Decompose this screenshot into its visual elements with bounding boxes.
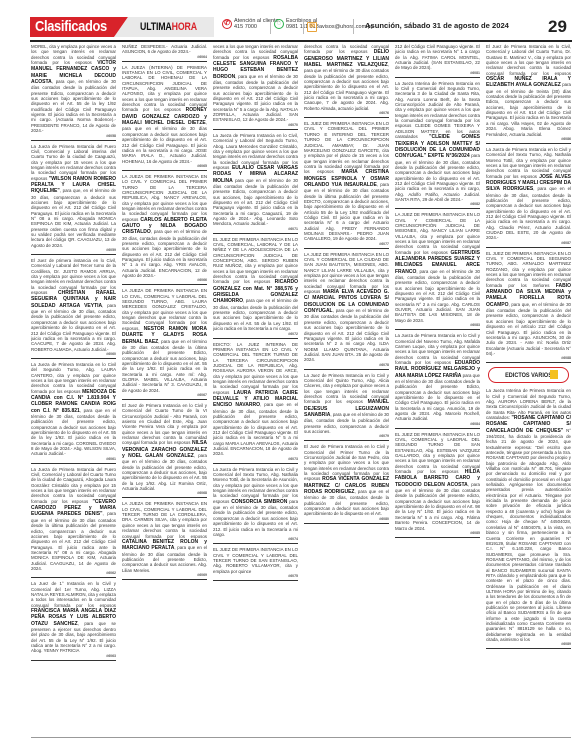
classified-ad: El Juez de Primera Instancia en lo Civil… [486, 44, 571, 144]
ad-text: , para que en el término de 30 días, con… [122, 453, 207, 491]
classified-ad: La Juez de Primera Instancia en lo Civil… [304, 373, 389, 442]
ad-reference-code: #6069 [122, 573, 207, 577]
ad-text: , para que, en el término de 30 días con… [486, 302, 571, 356]
section-marker-icon [550, 370, 558, 379]
ad-reference-code: #6075 [213, 574, 298, 578]
section-title: Clasificados [35, 17, 107, 37]
classified-ad: El Juez de Primera Instancia en lo Civil… [304, 444, 389, 523]
ad-text: LA JUEZA (INTERINA) DE PRIMERA INSTANCIA… [122, 65, 207, 113]
ad-text: EL JUEZ DE PRIMERA INSTANCIA EN LO CIVIL… [395, 432, 480, 474]
mail-icon: ✉ [307, 22, 317, 32]
classified-ad: derechos contra la sociedad conyugal for… [304, 44, 389, 118]
ad-reference-code: #6060 [31, 352, 116, 356]
classified-ad: EL JUEZ DE PRIMERA INSTANCIA EN LO CIVIL… [213, 237, 298, 339]
ad-text: La Jueza Interina de Primera Instancia e… [395, 81, 480, 139]
ad-text: LA JUEZA DE PRIMERA INSTANCIA EN LO CIVI… [122, 174, 207, 222]
ad-text: , para que en el término de 30 días cont… [304, 182, 389, 241]
classified-ad: EL JUEZ DE PRIMERA INSTANCIA EN LO CIVIL… [395, 432, 480, 538]
footer-rule [31, 737, 571, 738]
classified-ad: LA JUEZA DE PRIMERA INSTANCIA EN LO CIVI… [122, 288, 207, 400]
classified-ad: La Jueza de Primera Instancia en lo Civi… [31, 362, 116, 464]
ad-reference-code: #6071 [213, 227, 298, 231]
classified-ad: El Juez de primera instancia en lo Civil… [31, 258, 116, 359]
ad-reference-code: #6076 [304, 111, 389, 115]
ad-reference-code: #6065 [122, 164, 207, 168]
section-header-edictos-varios: EDICTOS VARIOS [488, 367, 569, 383]
classified-ad: La Jueza de Primera Instancia en lo Civi… [486, 147, 571, 248]
classified-ad: veces a los que tengan interés en reclam… [213, 44, 298, 130]
ad-reference-code: #6080 [304, 517, 389, 521]
classified-ad: MOREL, cita y emplaza por quince veces a… [31, 44, 116, 141]
page-number: 29 [548, 17, 567, 37]
ad-text: LA JUEZ DE PRIMERA INSTANCIA EN LO CIVIL… [304, 252, 389, 294]
ad-text: EL JUEZ DE PRIMERA INSTANCIA EN LO CIVIL… [304, 121, 389, 174]
newspaper-logo: ULTIMAHORA [140, 20, 197, 34]
ad-text: para que en el término de 30 días, conta… [213, 499, 298, 537]
ad-reference-code: #6078 [304, 363, 389, 367]
ad-text: , para que en el término de 30 días, con… [31, 303, 116, 352]
ad-reference-code: #6077 [304, 242, 389, 246]
ad-reference-code: #6082 [395, 202, 480, 206]
ad-reference-code: #6085 [395, 531, 480, 535]
contact-phone: ✆ Atención al cliente:415 7000 [222, 18, 280, 30]
ad-text: LA JUEZ DE PRIMERA INSTANCIA EN LO CIVIL… [395, 212, 480, 254]
section-banner: Clasificados [30, 17, 128, 37]
ad-reference-code: #6087 [486, 241, 571, 245]
ad-text: , para que en el término de 30 días cont… [304, 62, 389, 111]
classified-ad: LA JUEZA DE PRIMERA INSTANCIA EN LO CIVI… [122, 501, 207, 579]
ad-reference-code: #6089 [486, 642, 571, 646]
divider [353, 19, 354, 34]
classified-ad: EL JUEZ DE PRIMERA INSTANCIA EN LO CIVIL… [304, 121, 389, 249]
column-1: MOREL, cita y emplaza por quince veces a… [31, 44, 116, 736]
header-rule [30, 40, 572, 42]
ad-text: , para que en el término de 30 días, con… [213, 402, 298, 456]
ad-reference-code: #6088 [486, 356, 571, 360]
ad-reference-code: #6067 [122, 393, 207, 397]
ad-text: EL JUEZ DE PRIMERA INSTANCIA EN LO CIVIL… [213, 547, 298, 573]
classified-ad: LA JUEZ DE PRIMERA INSTANCIA EN LO CIVIL… [395, 212, 480, 330]
ad-text: NUÑEZ DESPEDES.- Actuaria Judicial. ASUN… [122, 44, 207, 54]
ad-reference-code: #6074 [213, 537, 298, 541]
classified-ad: EL JUEZ DE PRIMERA INSTANCIA EN LO CIVIL… [486, 251, 571, 364]
ad-text: para que en el término de treinta (30) d… [486, 82, 571, 136]
ad-text: , para que, en el término de 30 días, co… [31, 188, 116, 247]
ad-reference-code: #6072 [213, 332, 298, 336]
whatsapp-icon: ◌ [274, 19, 284, 29]
column-2: NUÑEZ DESPEDES.- Actuaria Judicial. ASUN… [122, 44, 207, 736]
ad-text: , para que en el término de 30 días, con… [31, 408, 116, 457]
classified-ad: El Juez de Primera Instancia en lo Civil… [122, 403, 207, 499]
ad-text: , para que en el término de 30 días, con… [395, 269, 480, 323]
ad-text: EL JUEZ DE PRIMERA INSTANCIA EN LO CIVIL… [213, 237, 298, 285]
ad-reference-code: #6059 [31, 248, 116, 252]
ad-text: , para que en el término de 30 días, con… [486, 186, 571, 240]
ad-reference-code: #6079 [304, 434, 389, 438]
ad-text: El Juez de Primera Instancia en lo Civil… [122, 403, 207, 445]
ad-party-names: OSCAR NUÑEZ IRALA Y ELIZABETH AYALA GONZ… [486, 76, 571, 88]
divider [270, 19, 271, 34]
classified-ad: La Jueza de Primera Instancia en lo Civi… [395, 333, 480, 429]
ad-reference-code: #6070 [213, 123, 298, 127]
ad-text: 212 del Código Civil Paraguayo vigente. … [395, 44, 480, 70]
ad-text: LA JUEZA DE PRIMERA INSTANCIA EN LO CIVI… [122, 288, 207, 330]
ad-reference-code: #6086 [486, 137, 571, 141]
ad-reference-code: #6066 [122, 278, 207, 282]
classified-ad: NUÑEZ DESPEDES.- Actuaria Judicial. ASUN… [122, 44, 207, 62]
ad-text: El Juez de Primera Instancia en lo Civil… [486, 44, 571, 76]
ad-text: , para que en el término de 30 días, con… [122, 229, 207, 278]
classifieds-columns: MOREL, cita y emplaza por quince veces a… [31, 44, 571, 736]
column-5: 212 del Código Civil Paraguayo vigente. … [395, 44, 480, 736]
classified-ad: La Jueza de Primera Instancia en lo Civi… [213, 133, 298, 234]
classified-ad: EDICTO: LA JUEZ INTERINA DE PRIMERA INST… [213, 342, 298, 464]
section-label: EDICTOS VARIOS [505, 372, 552, 379]
ad-reference-code: #6064 [122, 55, 207, 59]
ad-reference-code: #6061 [31, 457, 116, 461]
classified-ad: LA JUEZA (INTERINA) DE PRIMERA INSTANCIA… [122, 65, 207, 171]
ad-text: , para que en el término de 30 días cont… [304, 308, 389, 362]
ad-reference-code: #6081 [395, 71, 480, 75]
ad-reference-code: #6073 [213, 457, 298, 461]
classified-ad: La Jueza de Primera Instancia en lo Civi… [213, 467, 298, 544]
ad-party-names: CONSORCIA SIMBRON [231, 499, 287, 505]
classified-ad: EL JUEZ DE PRIMERA INSTANCIA EN LO CIVIL… [213, 547, 298, 581]
ad-text: , para que en el término de 30 días comp… [122, 120, 207, 163]
classified-ad: LA JUEZA DE PRIMERA INSTANCIA EN LO CIVI… [122, 174, 207, 286]
classified-ad: LA JUEZ DE PRIMERA INSTANCIA EN LO CIVIL… [304, 252, 389, 370]
ad-text: , para que en el término de 30 días cont… [395, 482, 480, 531]
ad-text: para que, en el término de 30 días, cont… [395, 153, 480, 202]
ad-text: , para que, en término de 30 días contad… [31, 79, 116, 133]
classified-ad: 212 del Código Civil Paraguayo vigente. … [395, 44, 480, 78]
divider [303, 19, 304, 34]
ad-text: LA JUEZA DE PRIMERA INSTANCIA EN LO CIVI… [122, 501, 207, 538]
ad-reference-code: #6062 [31, 571, 116, 575]
ad-text: para que en el término de 30 días contad… [213, 178, 298, 227]
ad-text: EDICTO: LA JUEZ INTERINA DE PRIMERA INST… [213, 342, 298, 395]
column-3: veces a los que tengan interés en reclam… [213, 44, 298, 736]
classified-ad: La Jueza de Primera Instancia del Fuero … [31, 467, 116, 579]
ad-reference-code: #6058 [31, 134, 116, 138]
ad-reference-code: #6083 [395, 323, 480, 327]
column-4: derechos contra la sociedad conyugal for… [304, 44, 389, 736]
ad-text: La Juez de 1° Instancia en lo Civil y Co… [31, 581, 116, 607]
classified-ad: La Jueza de Primera Instancia del Fuero … [31, 144, 116, 256]
ad-text: para que en el término de 30 días contad… [395, 373, 480, 422]
phone-icon: ✆ [222, 19, 232, 29]
classified-ad: La Jueza Interina de Primera Instancia e… [395, 81, 480, 210]
issue-date: Asunción, sábado 31 de agosto de 2024 [365, 21, 509, 30]
ad-reference-code: #6063 [31, 654, 116, 658]
ad-text: , para que en el término de 30 días cont… [31, 511, 116, 570]
classified-ad: La Juez de 1° Instancia en lo Civil y Co… [31, 581, 116, 660]
page-header: Clasificados ULTIMAHORA ✆ Atención al cl… [30, 17, 572, 37]
classified-ad: La Jueza Interina de Primera Instancia e… [486, 388, 571, 649]
ad-text: N° 194/2024, ha dictado la providencia d… [486, 428, 571, 642]
contact-email[interactable]: ✉ avisos@uhora.com.py [307, 22, 374, 32]
column-6: El Juez de Primera Instancia en lo Civil… [486, 44, 571, 736]
ad-reference-code: #6084 [395, 422, 480, 426]
ad-reference-code: #6068 [122, 491, 207, 495]
ad-text: , para que en el término de 30 días cont… [122, 339, 207, 393]
ad-text: , para que en el término de 30 días, con… [213, 74, 298, 123]
